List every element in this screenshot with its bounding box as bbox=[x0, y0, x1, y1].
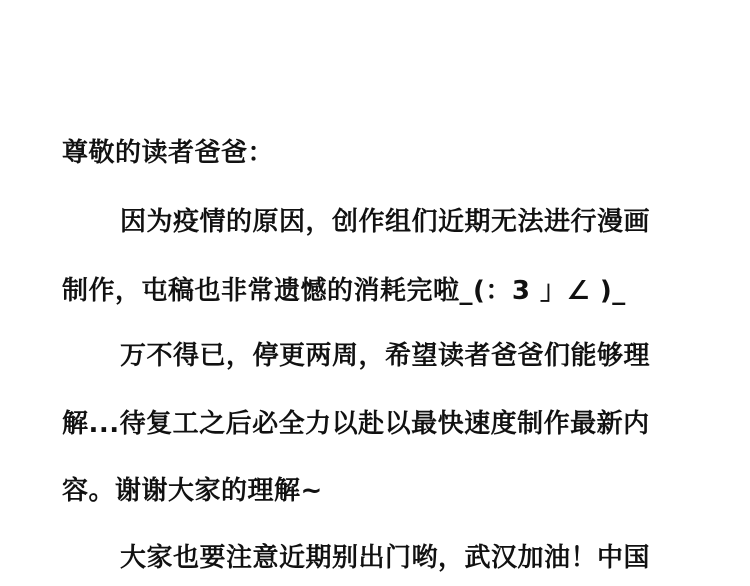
letter-greeting: 尊敬的读者爸爸： bbox=[62, 138, 274, 168]
letter-line: 万不得已，停更两周，希望读者爸爸们能够理 bbox=[120, 341, 650, 371]
letter-line: 大家也要注意近期别出门哟，武汉加油！中国 bbox=[120, 543, 650, 573]
letter-line: 容。谢谢大家的理解~ bbox=[62, 476, 323, 506]
letter-line: 制作，屯稿也非常遗憾的消耗完啦_(：3 」∠ )_ bbox=[62, 276, 626, 306]
letter-line: 因为疫情的原因，创作组们近期无法进行漫画 bbox=[120, 207, 650, 237]
notice-page: 尊敬的读者爸爸： 因为疫情的原因，创作组们近期无法进行漫画 制作，屯稿也非常遗憾… bbox=[0, 0, 750, 586]
letter-line: 解...待复工之后必全力以赴以最快速度制作最新内 bbox=[62, 409, 650, 439]
